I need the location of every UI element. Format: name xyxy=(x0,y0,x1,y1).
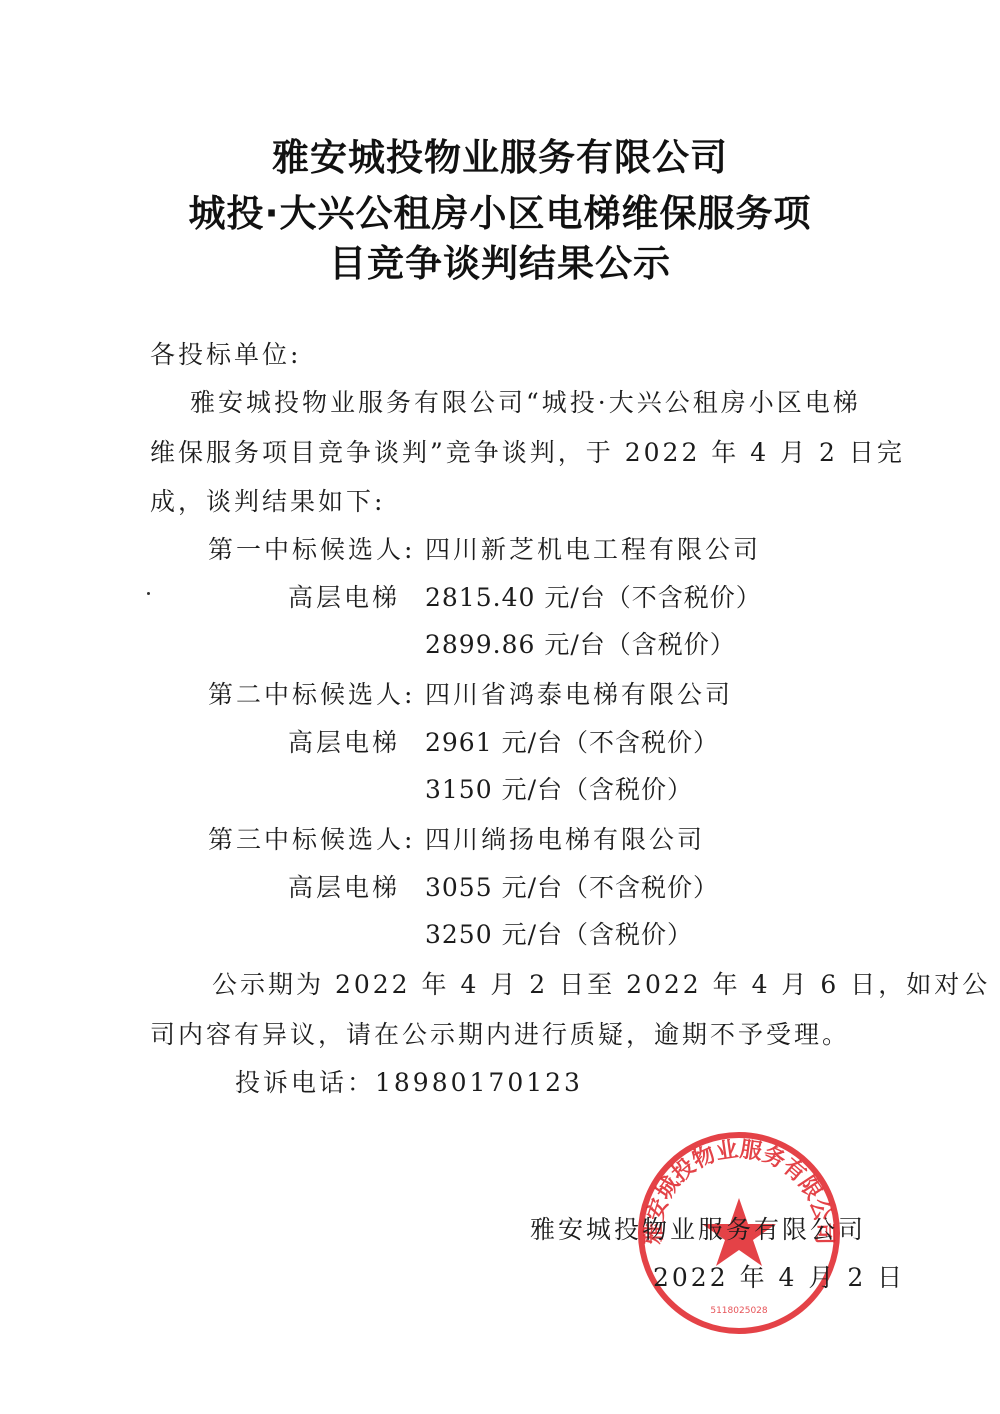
title-line-2: 城投·大兴公租房小区电梯维保服务项 xyxy=(0,183,1000,237)
candidate-rank-label: 第三中标候选人: xyxy=(208,820,415,856)
price-incl-tax: 3250 元/台（含税价） xyxy=(425,915,693,951)
complaint-phone: 投诉电话：18980170123 xyxy=(235,1063,583,1099)
price-incl-tax: 2899.86 元/台（含税价） xyxy=(425,625,736,661)
price-excl-tax: 3055 元/台（不含税价） xyxy=(425,868,719,904)
intro-line-2: 维保服务项目竞争谈判”竞争谈判，于 2022 年 4 月 2 日完 xyxy=(150,433,905,469)
salutation: 各投标单位: xyxy=(150,335,301,371)
svg-text:5118025028: 5118025028 xyxy=(710,1306,768,1316)
candidate-company: 四川省鸿泰电梯有限公司 xyxy=(425,675,733,711)
candidate-company: 四川绱扬电梯有限公司 xyxy=(425,820,705,856)
candidate-item: 高层电梯 xyxy=(288,578,400,614)
candidate-company: 四川新芝机电工程有限公司 xyxy=(425,530,761,566)
title-line-1: 雅安城投物业服务有限公司 xyxy=(0,127,1000,181)
notice-line-1: 公示期为 2022 年 4 月 2 日至 2022 年 4 月 6 日，如对公 xyxy=(212,965,990,1001)
price-excl-tax: 2961 元/台（不含税价） xyxy=(425,723,719,759)
intro-line-1: 雅安城投物业服务有限公司“城投·大兴公租房小区电梯 xyxy=(190,383,861,419)
signature-company: 雅安城投物业服务有限公司 xyxy=(530,1210,866,1246)
candidate-rank-label: 第二中标候选人: xyxy=(208,675,415,711)
intro-line-3: 成，谈判结果如下: xyxy=(150,482,385,518)
notice-line-2: 司内容有异议，请在公示期内进行质疑，逾期不予受理。 xyxy=(150,1015,850,1051)
scan-speck xyxy=(147,592,150,595)
price-excl-tax: 2815.40 元/台（不含税价） xyxy=(425,578,762,614)
candidate-rank-label: 第一中标候选人: xyxy=(208,530,415,566)
candidate-item: 高层电梯 xyxy=(288,723,400,759)
signature-date: 2022 年 4 月 2 日 xyxy=(653,1258,905,1294)
price-incl-tax: 3150 元/台（含税价） xyxy=(425,770,693,806)
candidate-item: 高层电梯 xyxy=(288,868,400,904)
title-line-3: 目竞争谈判结果公示 xyxy=(0,233,1000,287)
